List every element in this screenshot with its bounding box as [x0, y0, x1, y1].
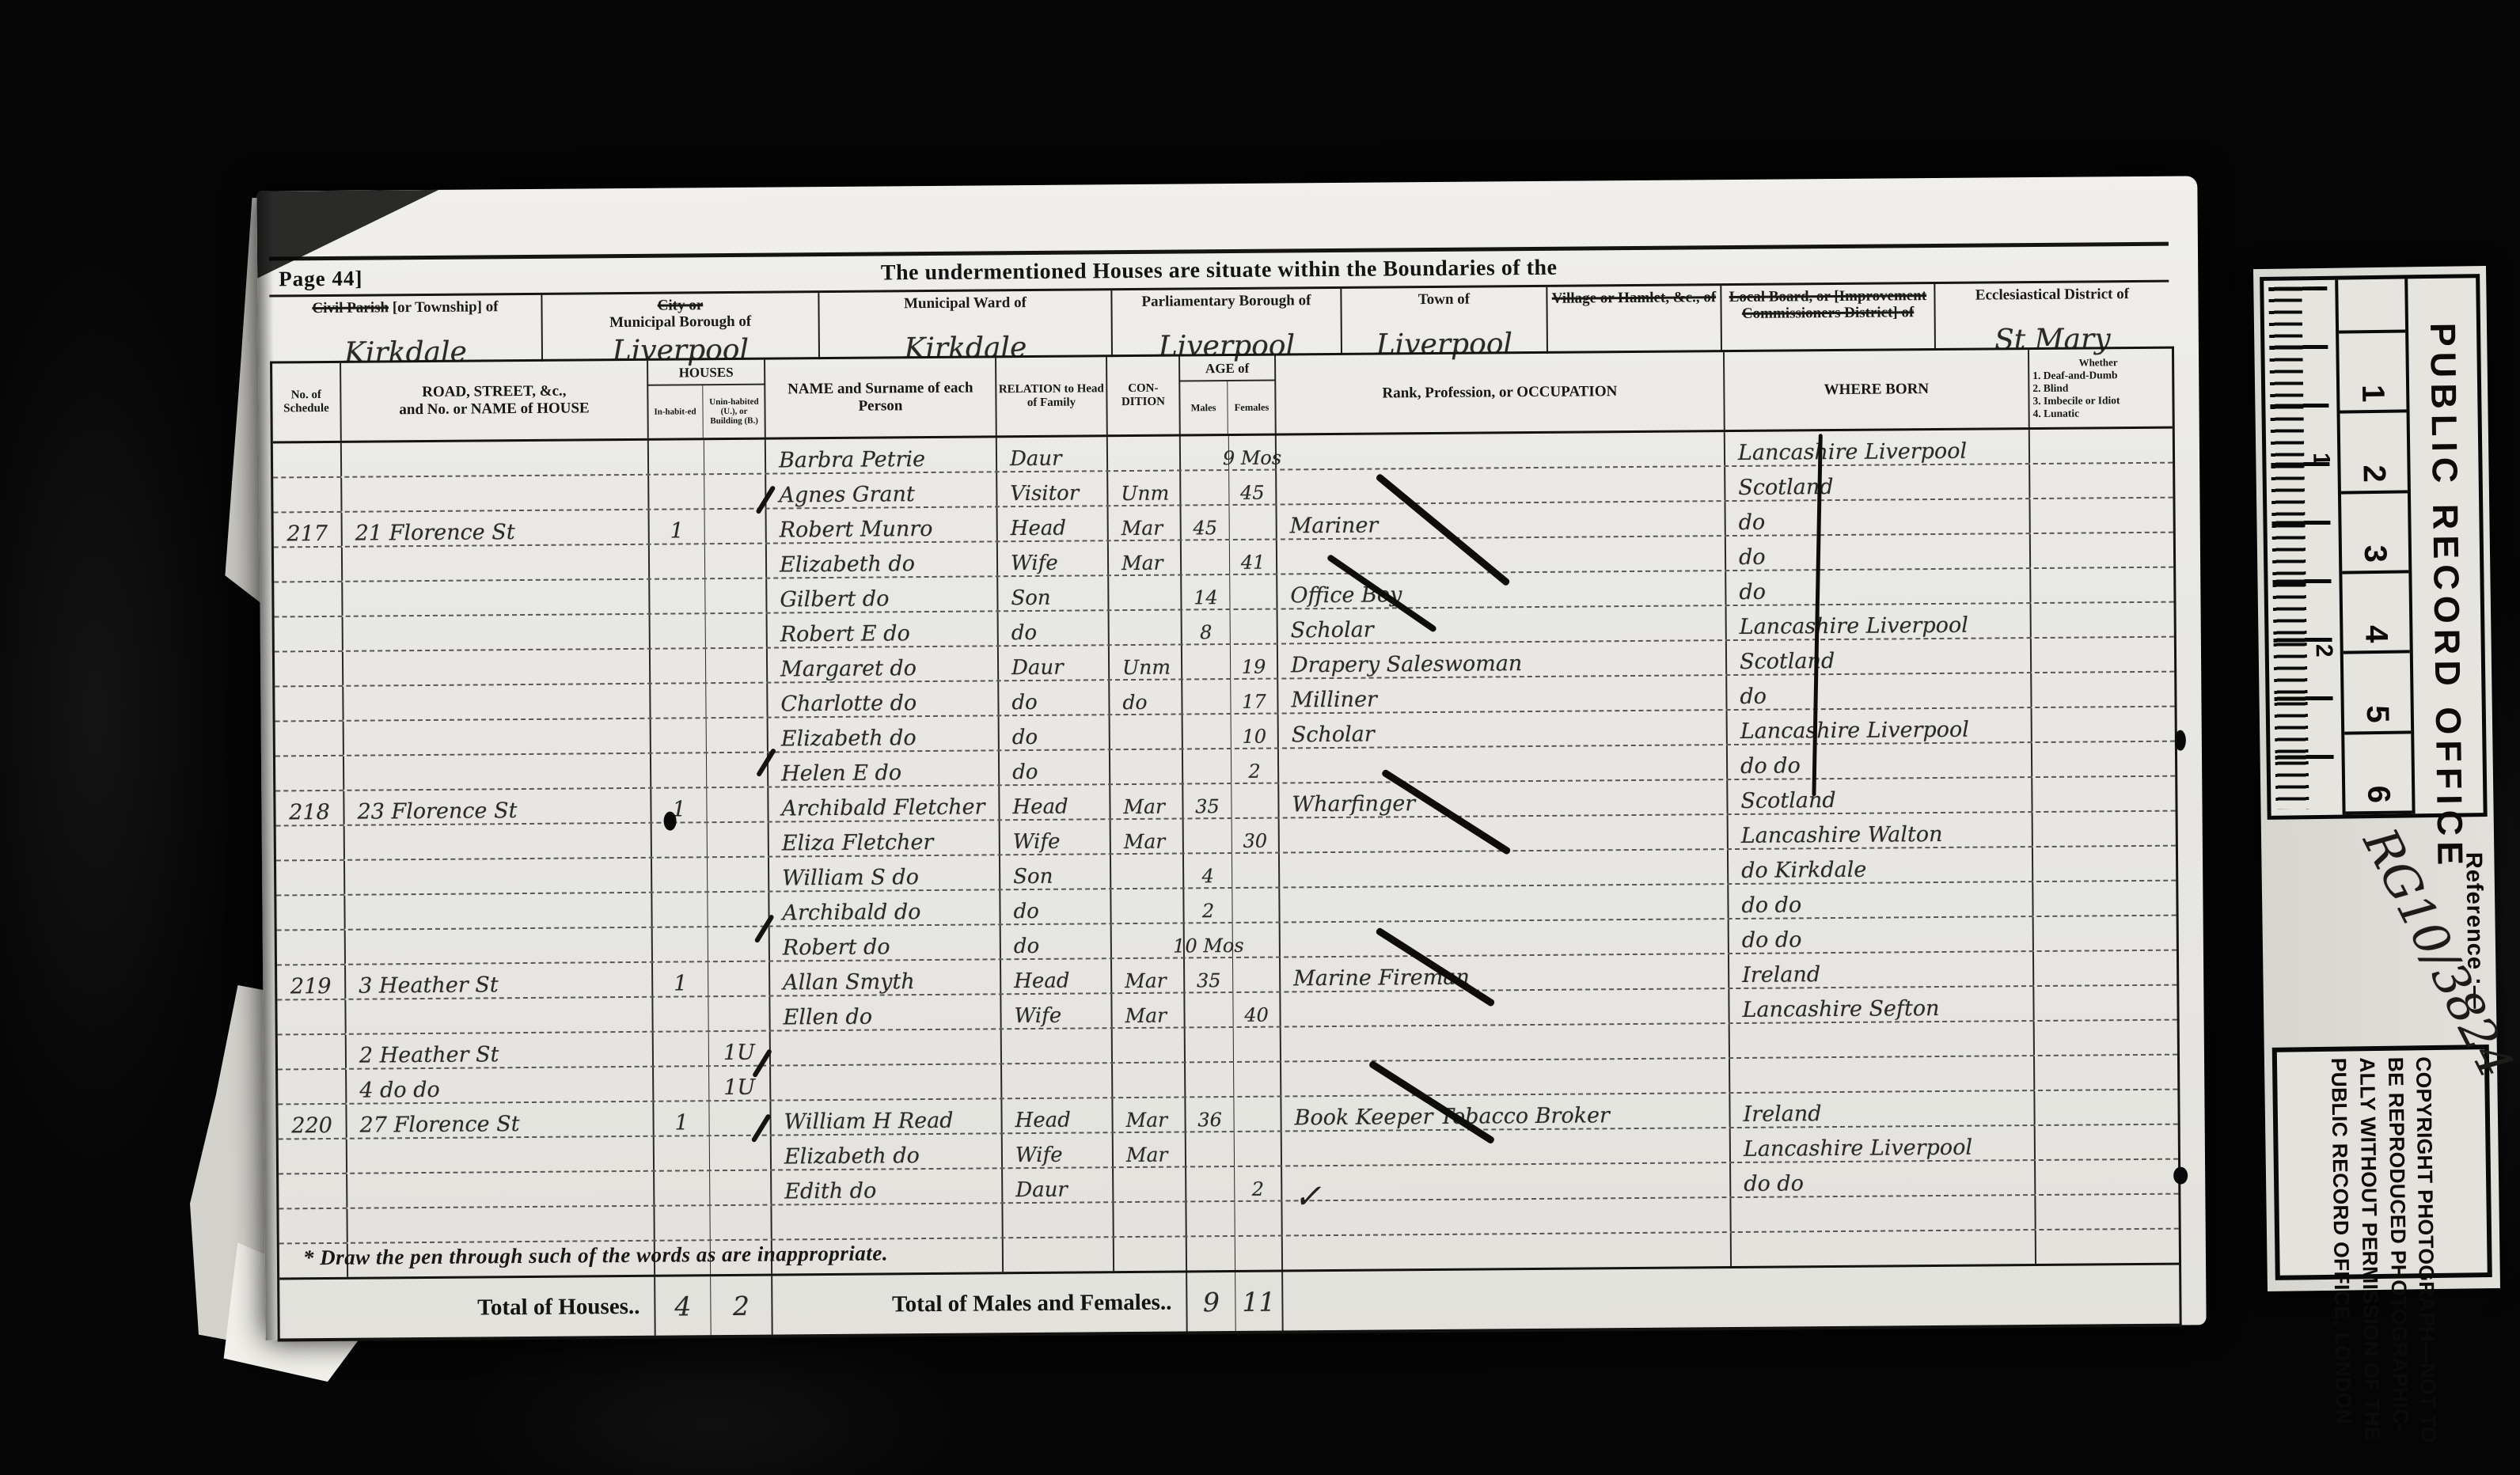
- relation-to-head: Wife: [1000, 820, 1111, 854]
- age-female: [1234, 1098, 1281, 1131]
- houses-inhabited: [651, 614, 706, 648]
- person-name: Eliza Fletcher: [769, 821, 1000, 855]
- age-male: 35: [1185, 958, 1233, 992]
- ruler-ticks: 1 2: [2264, 280, 2345, 816]
- pro-title: PUBLIC RECORD OFFICE: [2408, 278, 2483, 813]
- houses-inhabited: [651, 684, 706, 718]
- schedule-number: [275, 756, 344, 791]
- where-born: [1731, 1196, 2036, 1231]
- age-female: [1235, 1132, 1282, 1166]
- whether-disability: [2032, 742, 2170, 776]
- total-females: 11: [1235, 1272, 1284, 1331]
- condition: [1113, 1063, 1186, 1097]
- whether-disability: [2032, 673, 2169, 707]
- occupation: [1277, 467, 1725, 503]
- whether-disability: [2032, 777, 2170, 811]
- age-male: [1183, 715, 1232, 748]
- road-street: [344, 719, 651, 755]
- relation-to-head: do: [999, 681, 1110, 715]
- person-name: Margaret do: [768, 646, 999, 681]
- total-houses-uninhabited: 2: [711, 1276, 773, 1336]
- person-name: Elizabeth do: [769, 716, 1000, 751]
- age-male: [1181, 471, 1229, 504]
- schedule-number: [273, 478, 342, 512]
- occupation: [1282, 1128, 1731, 1165]
- tally-check-mark: ✓: [1293, 1177, 1322, 1216]
- where-born: [1732, 1230, 2036, 1266]
- whether-disability: [2033, 847, 2171, 881]
- houses-uninhabited: [710, 1206, 772, 1240]
- relation-to-head: do: [1000, 715, 1110, 749]
- age-female: 2: [1235, 1167, 1282, 1200]
- col-age: AGE of Males Females: [1180, 356, 1277, 434]
- age-male: [1186, 1063, 1234, 1096]
- where-born: Ireland: [1729, 952, 2034, 988]
- houses-inhabited: 1: [651, 788, 707, 822]
- houses-uninhabited: [708, 823, 769, 857]
- copyright-notice: COPYRIGHT PHOTOGRAPH—NOT TO BE REPRODUCE…: [2272, 1045, 2492, 1280]
- where-born: Lancashire Sefton: [1729, 987, 2034, 1022]
- age-female: 17: [1231, 680, 1278, 713]
- field-local-board: Local Board, or [ImprovementCommissioner…: [1721, 284, 1936, 352]
- relation-to-head: [1003, 1203, 1114, 1237]
- houses-uninhabited: [705, 579, 767, 613]
- houses-uninhabited: [710, 1171, 772, 1205]
- road-street: [345, 824, 652, 859]
- road-street: [346, 998, 653, 1033]
- houses-uninhabited: 1U: [709, 1067, 771, 1101]
- col-schedule: No. ofSchedule: [272, 363, 342, 442]
- occupation: [1280, 885, 1729, 921]
- houses-inhabited: [649, 440, 704, 474]
- age-male: [1183, 749, 1232, 783]
- ink-blot-right-edge-1: [2175, 730, 2186, 751]
- occupation: Marine Fireman: [1281, 954, 1729, 991]
- occupation: Scholar: [1279, 711, 1728, 747]
- whether-disability: [2034, 986, 2172, 1020]
- condition: [1114, 1237, 1187, 1271]
- road-street: [344, 754, 651, 790]
- where-born: Scotland: [1728, 778, 2032, 813]
- relation-to-head: Head: [998, 506, 1109, 540]
- where-born: do do: [1728, 743, 2032, 779]
- occupation: Book Keeper Tobacco Broker: [1281, 1094, 1730, 1130]
- age-male: 45: [1181, 506, 1229, 539]
- condition: Mar: [1114, 1132, 1186, 1166]
- age-female: [1231, 610, 1278, 643]
- whether-disability: [2032, 707, 2170, 741]
- age-male: [1182, 540, 1230, 574]
- age-female: [1232, 854, 1280, 887]
- relation-to-head: Daur: [997, 437, 1108, 471]
- person-name: Ellen do: [770, 995, 1001, 1029]
- age-female: 9 Mos: [1229, 436, 1277, 469]
- age-female: 41: [1230, 540, 1277, 574]
- age-female: [1233, 958, 1281, 992]
- col-houses: HOUSES In-habit-ed Unin-habited (U.), or…: [648, 360, 766, 438]
- occupation: [1282, 1163, 1731, 1200]
- age-female: [1234, 1063, 1281, 1096]
- road-street: [343, 615, 651, 650]
- occupation: Scholar: [1278, 606, 1727, 643]
- relation-to-head: Wife: [1003, 1133, 1114, 1167]
- person-name: Archibald Fletcher: [769, 786, 1000, 821]
- schedule-number: [274, 548, 343, 582]
- schedule-number: [278, 1070, 347, 1104]
- person-name: Barbra Petrie: [766, 438, 997, 472]
- where-born: Lancashire Liverpool: [1731, 1126, 2036, 1162]
- col-occupation: Rank, Profession, or OCCUPATION: [1276, 352, 1725, 433]
- age-male: 36: [1186, 1098, 1234, 1131]
- schedule-number: [275, 722, 344, 756]
- road-street: [342, 441, 649, 476]
- road-street: 4 do do: [347, 1067, 654, 1103]
- road-street: 21 Florence St: [343, 510, 650, 546]
- microfilm-background: Page 44] The undermentioned Houses are s…: [0, 0, 2520, 1475]
- relation-to-head: Visitor: [997, 472, 1108, 506]
- houses-inhabited: [651, 753, 707, 787]
- condition: Mar: [1112, 958, 1185, 992]
- schedule-number: [273, 443, 342, 477]
- whether-disability: [2035, 1056, 2173, 1090]
- reference-section: Reference :— RG10/3824: [2261, 817, 2497, 1048]
- table-body: Barbra Petrie Daur 9 Mos Lancashire Live…: [273, 429, 2179, 1278]
- houses-inhabited: [650, 579, 705, 613]
- whether-disability: [2034, 916, 2172, 950]
- total-houses-inhabited: 4: [655, 1276, 712, 1336]
- relation-to-head: [1002, 1064, 1113, 1098]
- whether-disability: [2033, 812, 2171, 846]
- age-male: [1186, 1028, 1234, 1061]
- where-born: Scotland: [1727, 639, 2032, 674]
- road-street: [347, 1172, 655, 1208]
- total-houses-label: Total of Houses..: [279, 1277, 656, 1339]
- whether-disability: [2031, 568, 2169, 602]
- houses-uninhabited: [708, 893, 769, 927]
- houses-inhabited: [649, 475, 704, 509]
- person-name: William H Read: [771, 1099, 1002, 1134]
- whether-disability: [2034, 951, 2172, 985]
- person-name: Archibald do: [769, 890, 1000, 925]
- col-whether-disabilities: Whether 1. Deaf-and-Dumb 2. Blind 3. Imb…: [2029, 349, 2168, 427]
- age-female: [1229, 506, 1277, 539]
- houses-inhabited: [655, 1136, 710, 1170]
- road-street: [343, 545, 650, 581]
- age-female: 19: [1231, 645, 1278, 678]
- occupation: Mariner: [1277, 502, 1725, 538]
- houses-uninhabited: [708, 997, 770, 1031]
- relation-to-head: [1004, 1238, 1114, 1272]
- condition: Unm: [1108, 471, 1181, 505]
- whether-disability: [2032, 638, 2169, 672]
- census-table: No. ofSchedule ROAD, STREET, &c.,and No.…: [270, 347, 2182, 1342]
- age-male: [1186, 1202, 1235, 1235]
- person-name: Agnes Grant: [766, 472, 997, 507]
- houses-inhabited: 1: [654, 1102, 709, 1136]
- age-male: 14: [1182, 575, 1230, 609]
- pro-ruler: PUBLIC RECORD OFFICE 1 2 3 4 5 6 1 2: [2260, 274, 2488, 820]
- person-name: William S do: [769, 855, 1000, 890]
- where-born: do Kirkdale: [1729, 847, 2033, 883]
- houses-inhabited: [653, 927, 708, 961]
- census-page: Page 44] The undermentioned Houses are s…: [256, 176, 2206, 1340]
- relation-to-head: Wife: [998, 541, 1109, 575]
- where-born: do: [1726, 569, 2031, 605]
- houses-inhabited: 1: [653, 962, 708, 996]
- person-name: Charlotte do: [768, 681, 999, 716]
- schedule-number: [275, 687, 343, 721]
- houses-uninhabited: [705, 510, 767, 544]
- person-name: [772, 1204, 1003, 1238]
- schedule-number: [276, 826, 345, 860]
- col-name: NAME and Surname of eachPerson: [765, 358, 997, 437]
- whether-disability: [2035, 1090, 2173, 1124]
- col-condition: CON- DITION: [1107, 356, 1181, 434]
- pro-label-strip: PUBLIC RECORD OFFICE 1 2 3 4 5 6 1 2 Ref…: [2253, 266, 2500, 1291]
- where-born: do do: [1729, 882, 2033, 918]
- relation-to-head: Head: [1000, 785, 1110, 819]
- houses-inhabited: [655, 1206, 710, 1240]
- schedule-number: [279, 1139, 347, 1174]
- person-name: Robert E do: [768, 612, 999, 646]
- whether-disability: [2031, 533, 2169, 567]
- houses-inhabited: [653, 997, 708, 1031]
- road-street: [347, 1207, 655, 1242]
- ruler-number-cells: 1 2 3 4 5 6: [2338, 279, 2415, 814]
- schedule-number: 220: [278, 1105, 347, 1139]
- relation-to-head: do: [999, 611, 1110, 645]
- age-female: [1235, 1202, 1282, 1235]
- age-female: 30: [1232, 819, 1280, 852]
- occupation: [1283, 1233, 1732, 1269]
- relation-to-head: do: [1000, 750, 1110, 784]
- condition: [1111, 854, 1184, 888]
- occupation: [1281, 989, 1729, 1026]
- condition: [1110, 610, 1182, 644]
- schedule-number: [275, 617, 343, 651]
- col-road: ROAD, STREET, &c.,and No. or NAME of HOU…: [341, 361, 649, 441]
- relation-to-head: [1002, 1029, 1113, 1063]
- occupation: [1280, 850, 1729, 886]
- road-street: [346, 928, 653, 964]
- road-street: [347, 1137, 655, 1173]
- total-people-label: Total of Males and Females..: [772, 1272, 1188, 1334]
- condition: Unm: [1110, 645, 1182, 679]
- field-civil-parish: Civil Parish [or Township] of Kirkdale: [269, 295, 543, 364]
- houses-inhabited: [654, 1067, 709, 1101]
- condition: Mar: [1111, 819, 1184, 853]
- houses-inhabited: [651, 649, 706, 683]
- where-born: Ireland: [1730, 1091, 2035, 1127]
- schedule-number: 218: [275, 791, 344, 825]
- field-village-hamlet: Village or Hamlet, &c., of: [1547, 286, 1722, 354]
- houses-uninhabited: [704, 475, 766, 509]
- road-street: 3 Heather St: [346, 963, 653, 999]
- houses-uninhabited: [705, 544, 767, 578]
- relation-to-head: Head: [1002, 1098, 1113, 1132]
- person-name: Helen E do: [769, 751, 1000, 786]
- person-name: [771, 1064, 1002, 1099]
- road-street: 27 Florence St: [347, 1102, 654, 1138]
- whether-disability: [2035, 1021, 2173, 1055]
- where-born: do: [1725, 499, 2030, 535]
- road-street: [345, 859, 652, 894]
- schedule-number: [279, 1174, 347, 1208]
- person-name: Edith do: [772, 1169, 1003, 1204]
- houses-inhabited: [652, 823, 708, 857]
- age-male: [1187, 1237, 1235, 1270]
- age-male: [1182, 680, 1231, 713]
- table-header: No. ofSchedule ROAD, STREET, &c.,and No.…: [272, 349, 2173, 444]
- age-male: 10 Mos: [1185, 923, 1233, 957]
- col-where-born: WHERE BORN: [1725, 350, 2030, 430]
- age-female: 10: [1232, 715, 1279, 748]
- houses-inhabited: [650, 544, 705, 578]
- col-relation: RELATION to Head of Family: [996, 357, 1108, 435]
- condition: [1113, 1028, 1186, 1062]
- houses-uninhabited: [706, 649, 768, 683]
- age-female: [1233, 923, 1281, 957]
- whether-disability: [2030, 464, 2168, 498]
- where-born: [1730, 1056, 2035, 1092]
- road-street: [342, 476, 649, 511]
- age-male: [1182, 645, 1231, 678]
- age-female: [1234, 1028, 1281, 1061]
- form-footnote: * Draw the pen through such of the words…: [303, 1241, 888, 1270]
- age-female: 2: [1232, 749, 1279, 783]
- condition: [1108, 436, 1181, 470]
- age-female: 45: [1229, 471, 1277, 504]
- field-parliamentary-borough: Parliamentary Borough of Liverpool: [1112, 289, 1342, 357]
- houses-uninhabited: [710, 1136, 772, 1170]
- road-street: [343, 650, 651, 685]
- condition: [1111, 889, 1184, 923]
- relation-to-head: Daur: [999, 646, 1110, 680]
- where-born: Lancashire Walton: [1729, 813, 2033, 848]
- condition: [1109, 575, 1182, 609]
- houses-inhabited: [654, 1032, 709, 1066]
- houses-inhabited: [655, 1171, 710, 1205]
- occupation: [1279, 745, 1728, 782]
- occupation: Milliner: [1278, 676, 1727, 712]
- total-males: 9: [1187, 1272, 1236, 1331]
- ink-blot-houses-column: [664, 812, 677, 831]
- houses-uninhabited: [708, 962, 770, 996]
- road-street: 23 Florence St: [344, 789, 651, 825]
- relation-to-head: Daur: [1003, 1168, 1114, 1202]
- where-born: Lancashire Liverpool: [1728, 708, 2032, 744]
- houses-uninhabited: [707, 788, 769, 822]
- age-female: [1232, 889, 1280, 922]
- where-born: [1730, 1022, 2035, 1057]
- condition: [1110, 749, 1183, 783]
- field-ecclesiastical-district: Ecclesiastical District of St Mary: [1935, 282, 2169, 351]
- condition: [1110, 715, 1183, 749]
- schedule-number: 219: [277, 965, 346, 999]
- schedule-number: [278, 1035, 347, 1069]
- whether-disability: [2036, 1195, 2173, 1229]
- occupation: [1277, 432, 1725, 468]
- where-born: Scotland: [1725, 464, 2030, 500]
- schedule-number: [277, 1000, 346, 1034]
- schedule-number: [275, 652, 343, 686]
- age-male: 4: [1184, 854, 1232, 887]
- field-municipal-ward: Municipal Ward of Kirkdale: [819, 290, 1113, 359]
- schedule-number: [279, 1209, 347, 1243]
- person-name: Robert do: [770, 925, 1001, 960]
- where-born: do: [1727, 673, 2032, 709]
- person-name: Elizabeth do: [772, 1134, 1003, 1169]
- whether-disability: [2030, 429, 2168, 463]
- person-name: [771, 1029, 1002, 1064]
- condition: Mar: [1113, 1098, 1186, 1132]
- age-female: [1232, 784, 1279, 817]
- houses-uninhabited: [704, 440, 766, 474]
- road-street: [345, 893, 652, 929]
- road-street: [343, 580, 650, 616]
- person-name: Robert Munro: [767, 507, 998, 542]
- age-male: 2: [1184, 889, 1232, 922]
- condition: [1114, 1202, 1186, 1236]
- condition: Mar: [1109, 540, 1182, 574]
- relation-to-head: do: [1001, 924, 1112, 958]
- condition: Mar: [1108, 506, 1181, 540]
- condition: Mar: [1112, 993, 1185, 1027]
- field-town: Town of Liverpool: [1342, 287, 1548, 355]
- relation-to-head: Son: [998, 576, 1109, 610]
- road-street: 2 Heather St: [347, 1033, 654, 1068]
- whether-disability: [2036, 1230, 2174, 1264]
- person-name: Gilbert do: [767, 577, 998, 612]
- whether-disability: [2032, 603, 2169, 637]
- age-male: [1185, 993, 1233, 1026]
- relation-to-head: Wife: [1001, 994, 1112, 1028]
- occupation: [1282, 1198, 1731, 1234]
- age-male: 8: [1182, 610, 1231, 643]
- person-name: Elizabeth do: [767, 542, 998, 577]
- condition: [1114, 1167, 1186, 1201]
- relation-to-head: Son: [1000, 855, 1111, 889]
- age-female: 40: [1233, 993, 1281, 1026]
- schedule-number: [276, 861, 345, 895]
- occupation: Drapery Saleswoman: [1278, 641, 1727, 677]
- ink-blot-right-edge-2: [2173, 1167, 2188, 1185]
- occupation: Wharfinger: [1279, 780, 1728, 817]
- houses-inhabited: [652, 893, 708, 927]
- houses-uninhabited: [707, 719, 769, 753]
- age-female: [1235, 1237, 1283, 1270]
- houses-inhabited: [651, 719, 707, 753]
- age-male: [1184, 819, 1232, 852]
- houses-inhabited: 1: [650, 510, 705, 544]
- age-female: [1230, 575, 1277, 609]
- where-born: do: [1726, 534, 2031, 570]
- person-name: Allan Smyth: [770, 960, 1001, 995]
- whether-disability: [2030, 499, 2168, 533]
- where-born: Lancashire Liverpool: [1725, 430, 2030, 465]
- whether-disability: [2033, 882, 2171, 916]
- houses-uninhabited: [708, 858, 769, 892]
- houses-inhabited: [652, 858, 708, 892]
- schedule-number: [277, 931, 346, 965]
- schedule-number: [276, 896, 345, 930]
- condition: do: [1110, 680, 1182, 714]
- age-male: 35: [1183, 784, 1232, 817]
- field-municipal-borough: City orMunicipal Borough of Liverpool: [542, 293, 820, 362]
- relation-to-head: do: [1000, 889, 1111, 923]
- occupation: [1281, 1024, 1730, 1060]
- schedule-number: 217: [274, 513, 343, 547]
